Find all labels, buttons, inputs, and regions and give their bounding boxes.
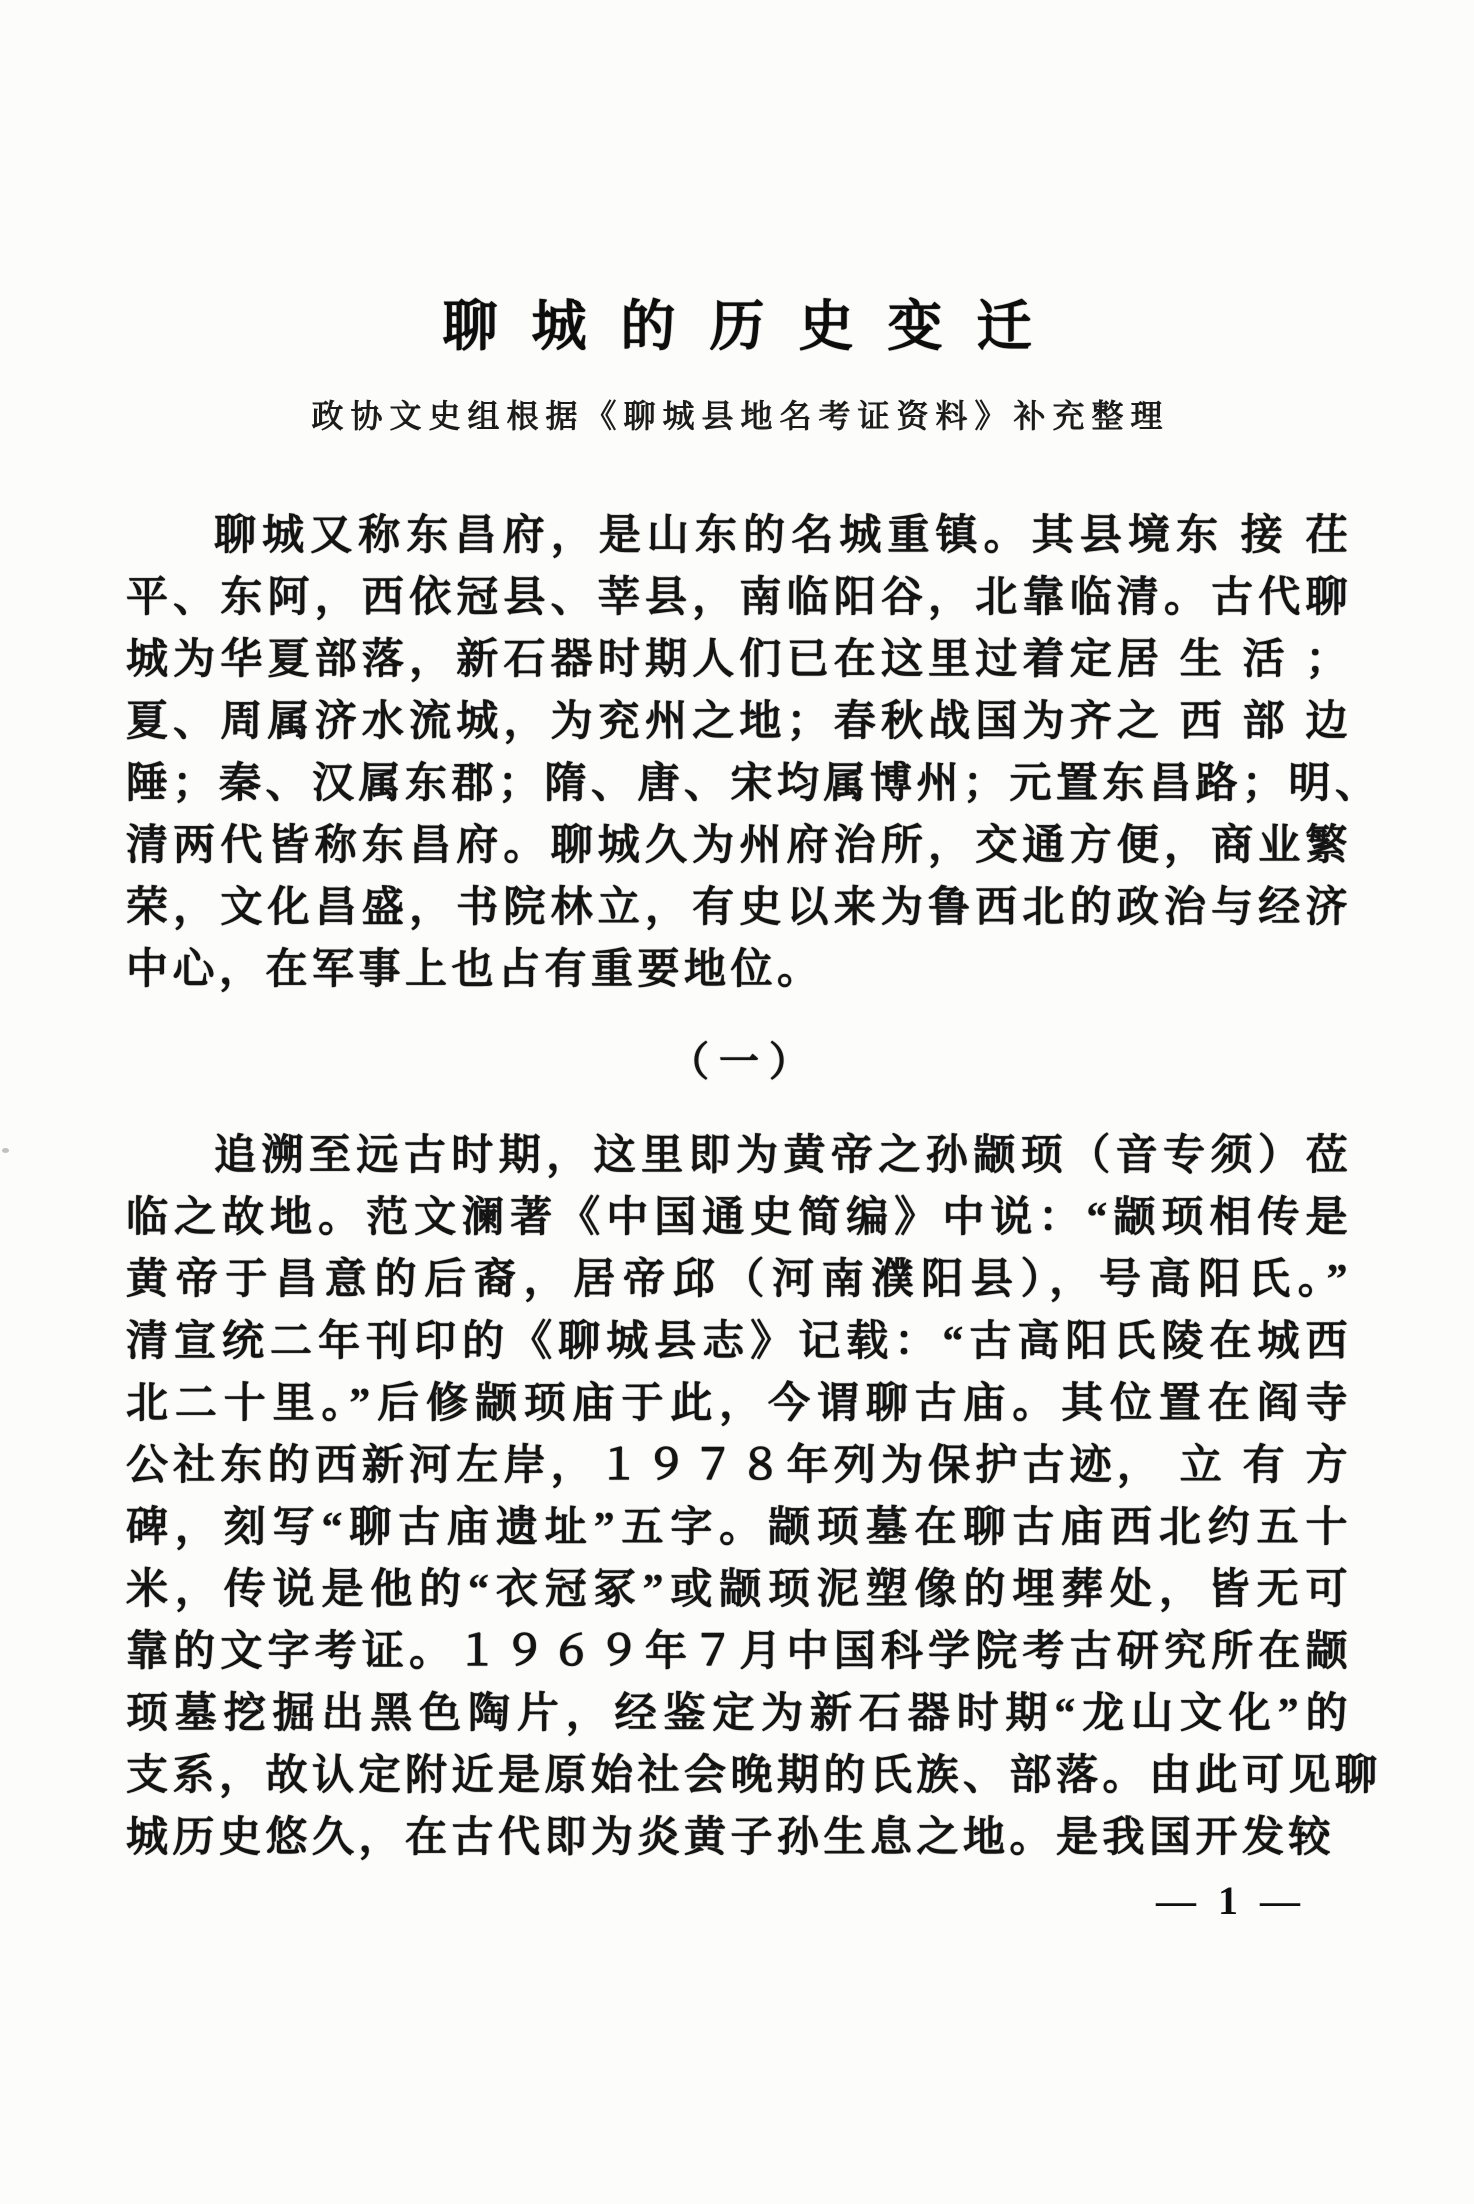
text-line: 黄帝于昌意的后裔，居帝邱（河南濮阳县），号高阳氏。”: [126, 1249, 1352, 1311]
scan-artifact: [2, 1148, 9, 1153]
text-line: 清两代皆称东昌府。聊城久为州府治所，交通方便，商业繁: [126, 815, 1352, 877]
section-marker: （一）: [126, 1031, 1352, 1093]
document-body: 聊城又称东昌府，是山东的名城重镇。其县境东 接 茌平、东阿，西依冠县、莘县，南临…: [126, 505, 1352, 1869]
text-line: 清宣统二年刊印的《聊城县志》记载：“古高阳氏陵在城西: [126, 1311, 1352, 1373]
text-line: 中心，在军事上也占有重要地位。: [126, 939, 1352, 1001]
page-number: — 1 —: [0, 1877, 1474, 1924]
text-line: 米，传说是他的“衣冠冢”或颛顼泥塑像的埋葬处，皆无可: [126, 1559, 1352, 1621]
page-title: 聊城的历史变迁: [0, 0, 1474, 361]
text-line: 陲；秦、汉属东郡；隋、唐、宋均属博州；元置东昌路；明、: [126, 753, 1352, 815]
text-line: 顼墓挖掘出黑色陶片，经鉴定为新石器时期“龙山文化”的: [126, 1683, 1352, 1745]
paragraph-1: 聊城又称东昌府，是山东的名城重镇。其县境东 接 茌平、东阿，西依冠县、莘县，南临…: [126, 505, 1352, 1001]
text-line: 临之故地。范文澜著《中国通史简编》中说：“颛顼相传是: [126, 1187, 1352, 1249]
text-line: 支系，故认定附近是原始社会晚期的氏族、部落。由此可见聊: [126, 1745, 1352, 1807]
text-line: 城历史悠久，在古代即为炎黄子孙生息之地。是我国开发较: [126, 1807, 1352, 1869]
text-line: 平、东阿，西依冠县、莘县，南临阳谷，北靠临清。古代聊: [126, 567, 1352, 629]
document-page: 聊城的历史变迁 政协文史组根据《聊城县地名考证资料》补充整理 聊城又称东昌府，是…: [0, 0, 1474, 2204]
text-line: 北二十里。”后修颛顼庙于此，今谓聊古庙。其位置在阎寺: [126, 1373, 1352, 1435]
paragraph-2: 追溯至远古时期，这里即为黄帝之孙颛顼（音专须）莅临之故地。范文澜著《中国通史简编…: [126, 1125, 1352, 1869]
text-line: 城为华夏部落，新石器时期人们已在这里过着定居 生 活 ；: [126, 629, 1352, 691]
text-line: 荣，文化昌盛，书院林立，有史以来为鲁西北的政治与经济: [126, 877, 1352, 939]
text-line: 公社东的西新河左岸，１９７８年列为保护古迹， 立 有 方: [126, 1435, 1352, 1497]
text-line: 夏、周属济水流城，为兖州之地；春秋战国为齐之 西 部 边: [126, 691, 1352, 753]
text-line: 追溯至远古时期，这里即为黄帝之孙颛顼（音专须）莅: [126, 1125, 1352, 1187]
text-line: 碑，刻写“聊古庙遗址”五字。颛顼墓在聊古庙西北约五十: [126, 1497, 1352, 1559]
text-line: 靠的文字考证。１９６９年７月中国科学院考古研究所在颛: [126, 1621, 1352, 1683]
text-line: 聊城又称东昌府，是山东的名城重镇。其县境东 接 茌: [126, 505, 1352, 567]
document-subtitle: 政协文史组根据《聊城县地名考证资料》补充整理: [0, 391, 1474, 437]
